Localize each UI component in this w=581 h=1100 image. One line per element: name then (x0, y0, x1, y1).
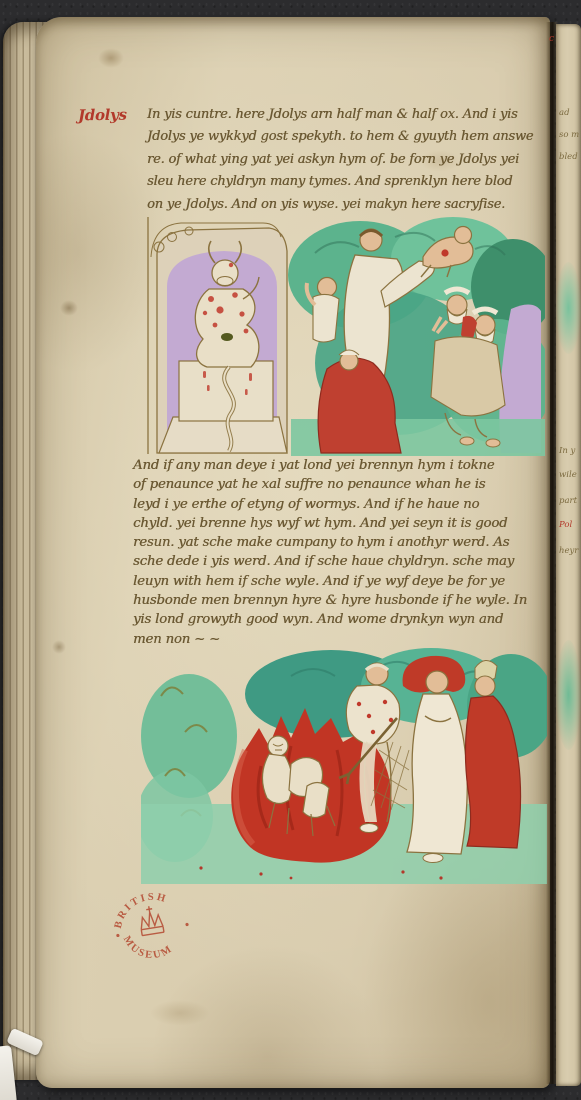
worshipper-head (318, 278, 337, 297)
illustration-idol-worship (145, 213, 545, 456)
next-page-illustration-edge (556, 640, 581, 750)
bare-foot (486, 439, 500, 447)
next-page-text-fragment: bled (559, 152, 578, 162)
stamp-arc-bottom: MUSEUM (120, 928, 176, 966)
widow-gown (407, 694, 467, 854)
manuscript-line: Jdolys ye wykkyd gost spekyth. to hem & … (147, 126, 533, 148)
next-page-rubric-fragment: Pol (559, 520, 572, 530)
next-page-edge: ad so m bled In y wile part Pol heyr (556, 24, 581, 1086)
next-page-text-fragment: heyr (559, 546, 578, 556)
bare-foot (460, 437, 474, 445)
next-page-illustration-edge (556, 262, 581, 354)
manuscript-line: yis lond growyth good wyn. And wome dryn… (133, 610, 527, 629)
next-page-text-fragment: ad (559, 108, 570, 118)
next-page-text-fragment: part (559, 496, 577, 506)
manuscript-line: In yis cuntre. here Jdolys arn half man … (147, 104, 533, 126)
manuscript-line: husbonde men brennyn hyre & hyre husbond… (133, 591, 527, 610)
next-page-text-fragment: so m (559, 130, 579, 140)
manuscript-line: leyd i ye erthe of etyng of wormys. And … (133, 495, 527, 514)
stoker-shoe (360, 824, 378, 833)
margin-rubric: Jdolys (78, 106, 127, 125)
idol-muzzle (217, 277, 233, 286)
altar-step (159, 417, 287, 453)
manuscript-line: And if any man deye i yat lond yei brenn… (133, 456, 527, 475)
stamp-arc-top: BRITISH (108, 889, 173, 931)
illustration-cremation (141, 646, 547, 884)
svg-text:BRITISH: BRITISH (108, 889, 173, 931)
manuscript-line: resun. yat sche make cumpany to hym i an… (133, 533, 527, 552)
manuscript-line: sleu here chyldryn many tymes. And spren… (147, 171, 533, 193)
british-museum-stamp: BRITISH MUSEUM (104, 882, 199, 972)
manuscript-photo: Jdolys In yis cuntre. here Jdolys arn ha… (0, 0, 581, 1100)
text-block-upper: In yis cuntre. here Jdolys arn half man … (147, 104, 533, 216)
next-page-text-fragment: In y (559, 446, 575, 456)
manuscript-line: sche dede i yis werd. And if sche haue c… (133, 552, 527, 571)
text-block-lower: And if any man deye i yat lond yei brenn… (133, 456, 527, 649)
manuscript-line: leuyn with hem if sche wyle. And if ye w… (133, 572, 527, 591)
manuscript-line: re. of what ying yat yei askyn hym of. b… (147, 149, 533, 171)
widow-shoe (423, 854, 443, 863)
stamp-dot (185, 923, 189, 927)
folio-mark: c (549, 34, 554, 44)
child-wound (441, 249, 448, 256)
manuscript-line: of penaunce yat he xal suffre no penaunc… (133, 475, 527, 494)
svg-text:MUSEUM: MUSEUM (120, 928, 176, 966)
elder-body (431, 337, 505, 416)
idol-body (195, 289, 259, 367)
stoker-tunic (346, 685, 399, 744)
sacrifice-child-head (455, 227, 472, 244)
idol-belly-tuft (221, 333, 233, 341)
stamp-crown (138, 905, 164, 936)
stamp-dot (116, 934, 120, 938)
widow-head (426, 671, 448, 693)
worshipper-body (313, 294, 339, 342)
widow-figure (403, 656, 468, 863)
mourner-head (475, 676, 495, 696)
next-page-text-fragment: wile (559, 470, 577, 480)
manuscript-line: chyld. yei brenne hys wyf wt hym. And ye… (133, 514, 527, 533)
